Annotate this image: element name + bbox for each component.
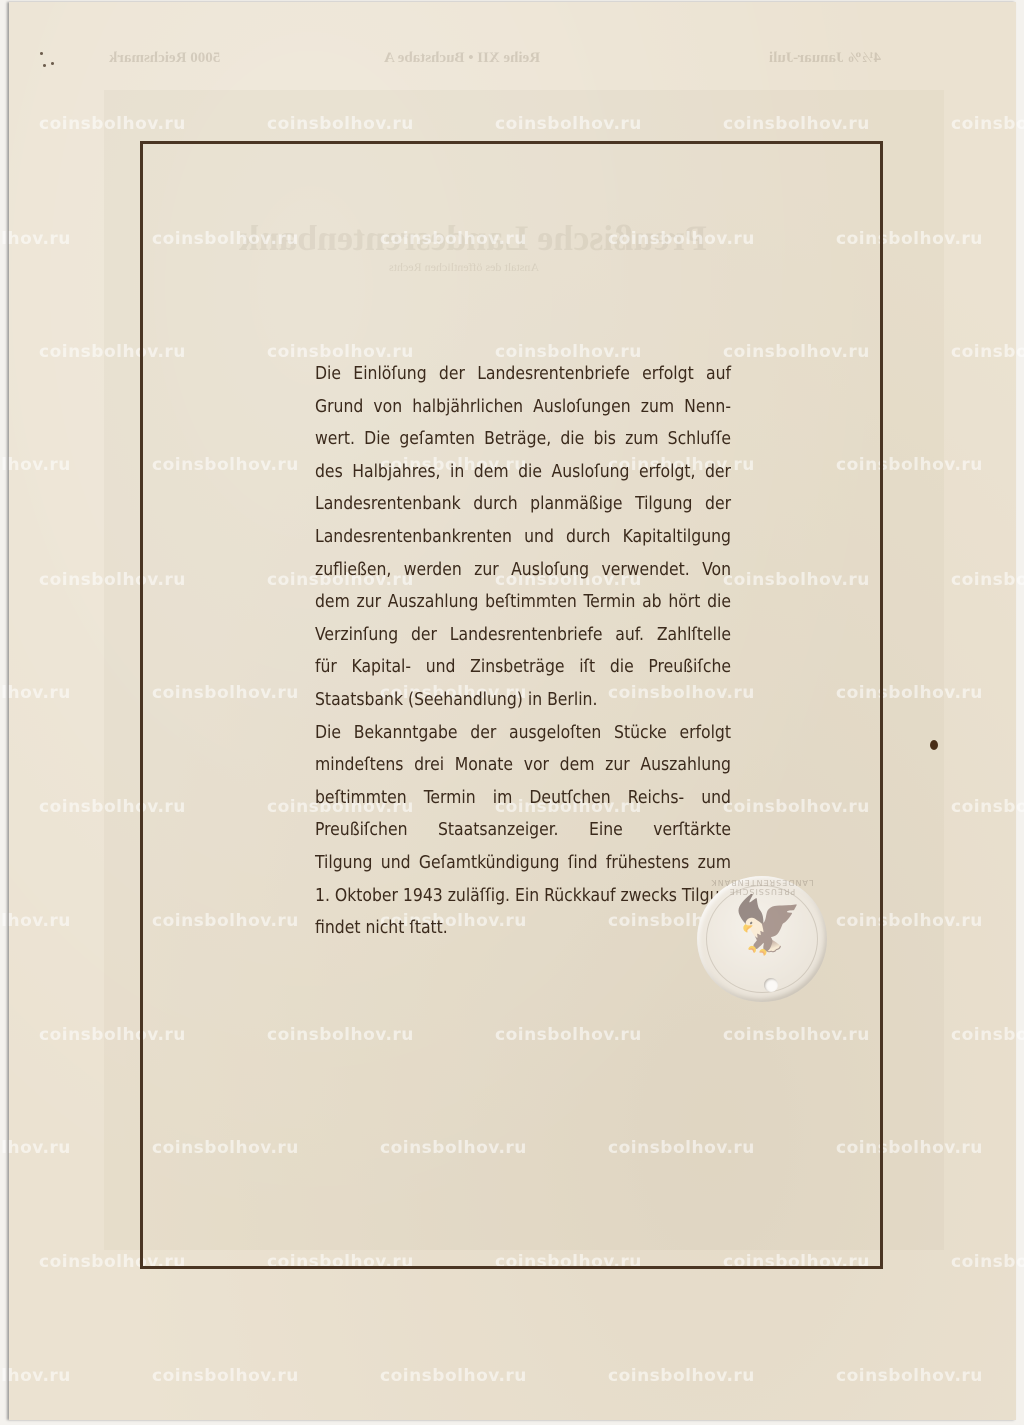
watermark-text: coinsbolhov.ru: [951, 1025, 1024, 1045]
text-line: Preußiſchen Staatsanzeiger. Eine verſtär…: [293, 814, 731, 847]
showthrough-series: Reihe XII • Buchstabe A: [384, 50, 540, 67]
text-line: Grund von halbjährlichen Ausloſungen zum…: [293, 391, 731, 424]
redemption-terms-text: Die Einlöſung der Landesrentenbriefe erf…: [293, 358, 731, 945]
text-line: Landesrentenbank durch planmäßige Tilgun…: [293, 488, 731, 521]
watermark-text: coinsbolhov.ru: [608, 1366, 755, 1386]
watermark-text: coinsbolhov.ru: [836, 1366, 983, 1386]
text-line: Die Einlöſung der Landesrentenbriefe erf…: [293, 358, 731, 391]
text-line: Verzinſung der Landesrentenbriefe auf. Z…: [293, 619, 731, 652]
eagle-icon: 🦅: [733, 898, 803, 954]
watermark-text: coinsbolhov.ru: [0, 1366, 71, 1386]
text-line: zufließen, werden zur Ausloſung verwende…: [293, 554, 731, 587]
watermark-text: coinsbolhov.ru: [951, 114, 1024, 134]
watermark-text: coinsbolhov.ru: [951, 1252, 1024, 1272]
text-line: wert. Die geſamten Beträge, die bis zum …: [293, 423, 731, 456]
paper-speck: [43, 64, 46, 67]
text-line: mindeſtens drei Monate vor dem zur Ausza…: [293, 749, 731, 782]
text-line: Staatsbank (Seehandlung) in Berlin.: [293, 684, 731, 717]
text-line: für Kapital- und Zinsbeträge iſt die Pre…: [293, 651, 731, 684]
watermark-text: coinsbolhov.ru: [0, 911, 71, 931]
text-line: beſtimmten Termin im Deutſchen Reichs- u…: [293, 782, 731, 815]
watermark-text: coinsbolhov.ru: [0, 455, 71, 475]
watermark-text: coinsbolhov.ru: [0, 683, 71, 703]
showthrough-coupon-dates: 4½% Januar-Juli: [769, 50, 881, 67]
watermark-text: coinsbolhov.ru: [0, 1138, 71, 1158]
text-line: Landesrentenbankrenten und durch Kapital…: [293, 521, 731, 554]
text-line: Die Bekanntgabe der ausgeloſten Stücke e…: [293, 717, 731, 750]
text-line: des Halbjahres, in dem die Ausloſung erf…: [293, 456, 731, 489]
embossed-seal: PREUSSISCHE LANDESRENTENBANK 🦅: [697, 876, 827, 1002]
watermark-text: coinsbolhov.ru: [951, 570, 1024, 590]
watermark-text: coinsbolhov.ru: [152, 1366, 299, 1386]
watermark-text: coinsbolhov.ru: [951, 342, 1024, 362]
text-line: Tilgung und Geſamtkündigung ſind frühest…: [293, 847, 731, 880]
watermark-text: coinsbolhov.ru: [380, 1366, 527, 1386]
paper-speck: [51, 62, 54, 65]
text-line: dem zur Auszahlung beſtimmten Termin ab …: [293, 586, 731, 619]
showthrough-amount: 5000 Reichsmark: [109, 50, 220, 67]
paper-speck: [40, 52, 43, 55]
text-line: findet nicht ſtatt.: [293, 912, 731, 945]
paragraph-redemption: Die Einlöſung der Landesrentenbriefe erf…: [293, 358, 731, 717]
ink-spot: [930, 740, 938, 750]
watermark-text: coinsbolhov.ru: [951, 797, 1024, 817]
watermark-text: coinsbolhov.ru: [0, 229, 71, 249]
text-line: 1. Oktober 1943 zuläſſig. Ein Rückkauf z…: [293, 880, 731, 913]
paragraph-announcement: Die Bekanntgabe der ausgeloſten Stücke e…: [293, 717, 731, 945]
punch-hole: [764, 978, 778, 992]
